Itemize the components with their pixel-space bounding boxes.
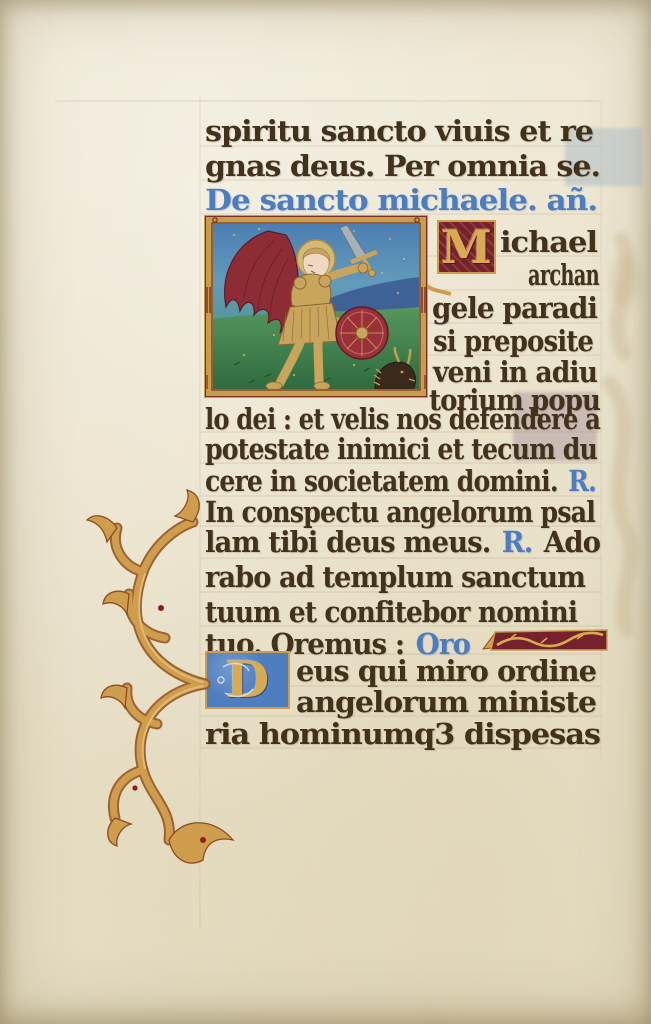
text-line: eus qui miro ordine <box>296 657 596 686</box>
line-text: gele paradi <box>432 294 597 323</box>
text-line: archan <box>528 261 599 290</box>
text-line: In conspectu angelorum psal <box>205 498 595 527</box>
text-line: potestate inimici et tecum du <box>205 435 597 464</box>
rubric-text: De sancto michaele. añ. <box>205 186 597 215</box>
shield-boss <box>356 327 368 339</box>
text-line: lam tibi deus meus.R.Ado <box>205 528 600 557</box>
line-text: ichael <box>500 228 597 257</box>
illuminated-initial-m: M <box>437 220 496 274</box>
line-text: lo dei : et velis nos defendere a <box>205 405 600 434</box>
text-line: gnas deus. Per omnia se. <box>205 152 600 181</box>
text-line: ria hominumq3 dispesas <box>205 720 600 749</box>
line-text: rabo ad templum sanctum <box>205 563 585 592</box>
line-text: spiritu sancto viuis et re <box>205 117 593 146</box>
line-text: ria hominumq3 dispesas <box>205 720 600 749</box>
response-mark: R. <box>568 467 596 496</box>
text-line: ichael <box>500 228 597 257</box>
rubric-line: De sancto michaele. añ. <box>205 186 597 215</box>
line-text: cere in societatem domini. <box>205 467 558 496</box>
line-text: In conspectu angelorum psal <box>205 498 595 527</box>
text-line: tuum et confitebor nomini <box>205 598 577 627</box>
text-line: gele paradi <box>432 294 597 323</box>
text-line: spiritu sancto viuis et re <box>205 117 593 146</box>
line-filler-ornament <box>481 629 609 653</box>
text-line: cere in societatem domini.R. <box>205 467 596 496</box>
response-mark: R. <box>502 528 533 557</box>
line-text: tuum et confitebor nomini <box>205 598 577 627</box>
miniature-saint-michael <box>204 215 428 398</box>
line-text: Ado <box>544 528 600 557</box>
line-text: lam tibi deus meus. <box>205 528 490 557</box>
line-text: archan <box>528 261 599 290</box>
initial-letter: M <box>441 224 492 270</box>
leg <box>318 341 319 383</box>
line-text: si preposite <box>433 327 593 356</box>
text-line: si preposite <box>433 327 593 356</box>
line-text: potestate inimici et tecum du <box>205 435 597 464</box>
text-line: lo dei : et velis nos defendere a <box>205 405 600 434</box>
border-foliage-ornament <box>65 488 237 876</box>
text-line: angelorum ministe <box>296 688 596 717</box>
line-text: gnas deus. Per omnia se. <box>205 152 600 181</box>
manuscript-page: spiritu sancto viuis et re gnas deus. Pe… <box>0 0 651 1024</box>
line-text: eus qui miro ordine <box>296 657 596 686</box>
sword-pommel <box>369 270 376 277</box>
text-line: rabo ad templum sanctum <box>205 563 585 592</box>
line-text: angelorum ministe <box>296 688 596 717</box>
